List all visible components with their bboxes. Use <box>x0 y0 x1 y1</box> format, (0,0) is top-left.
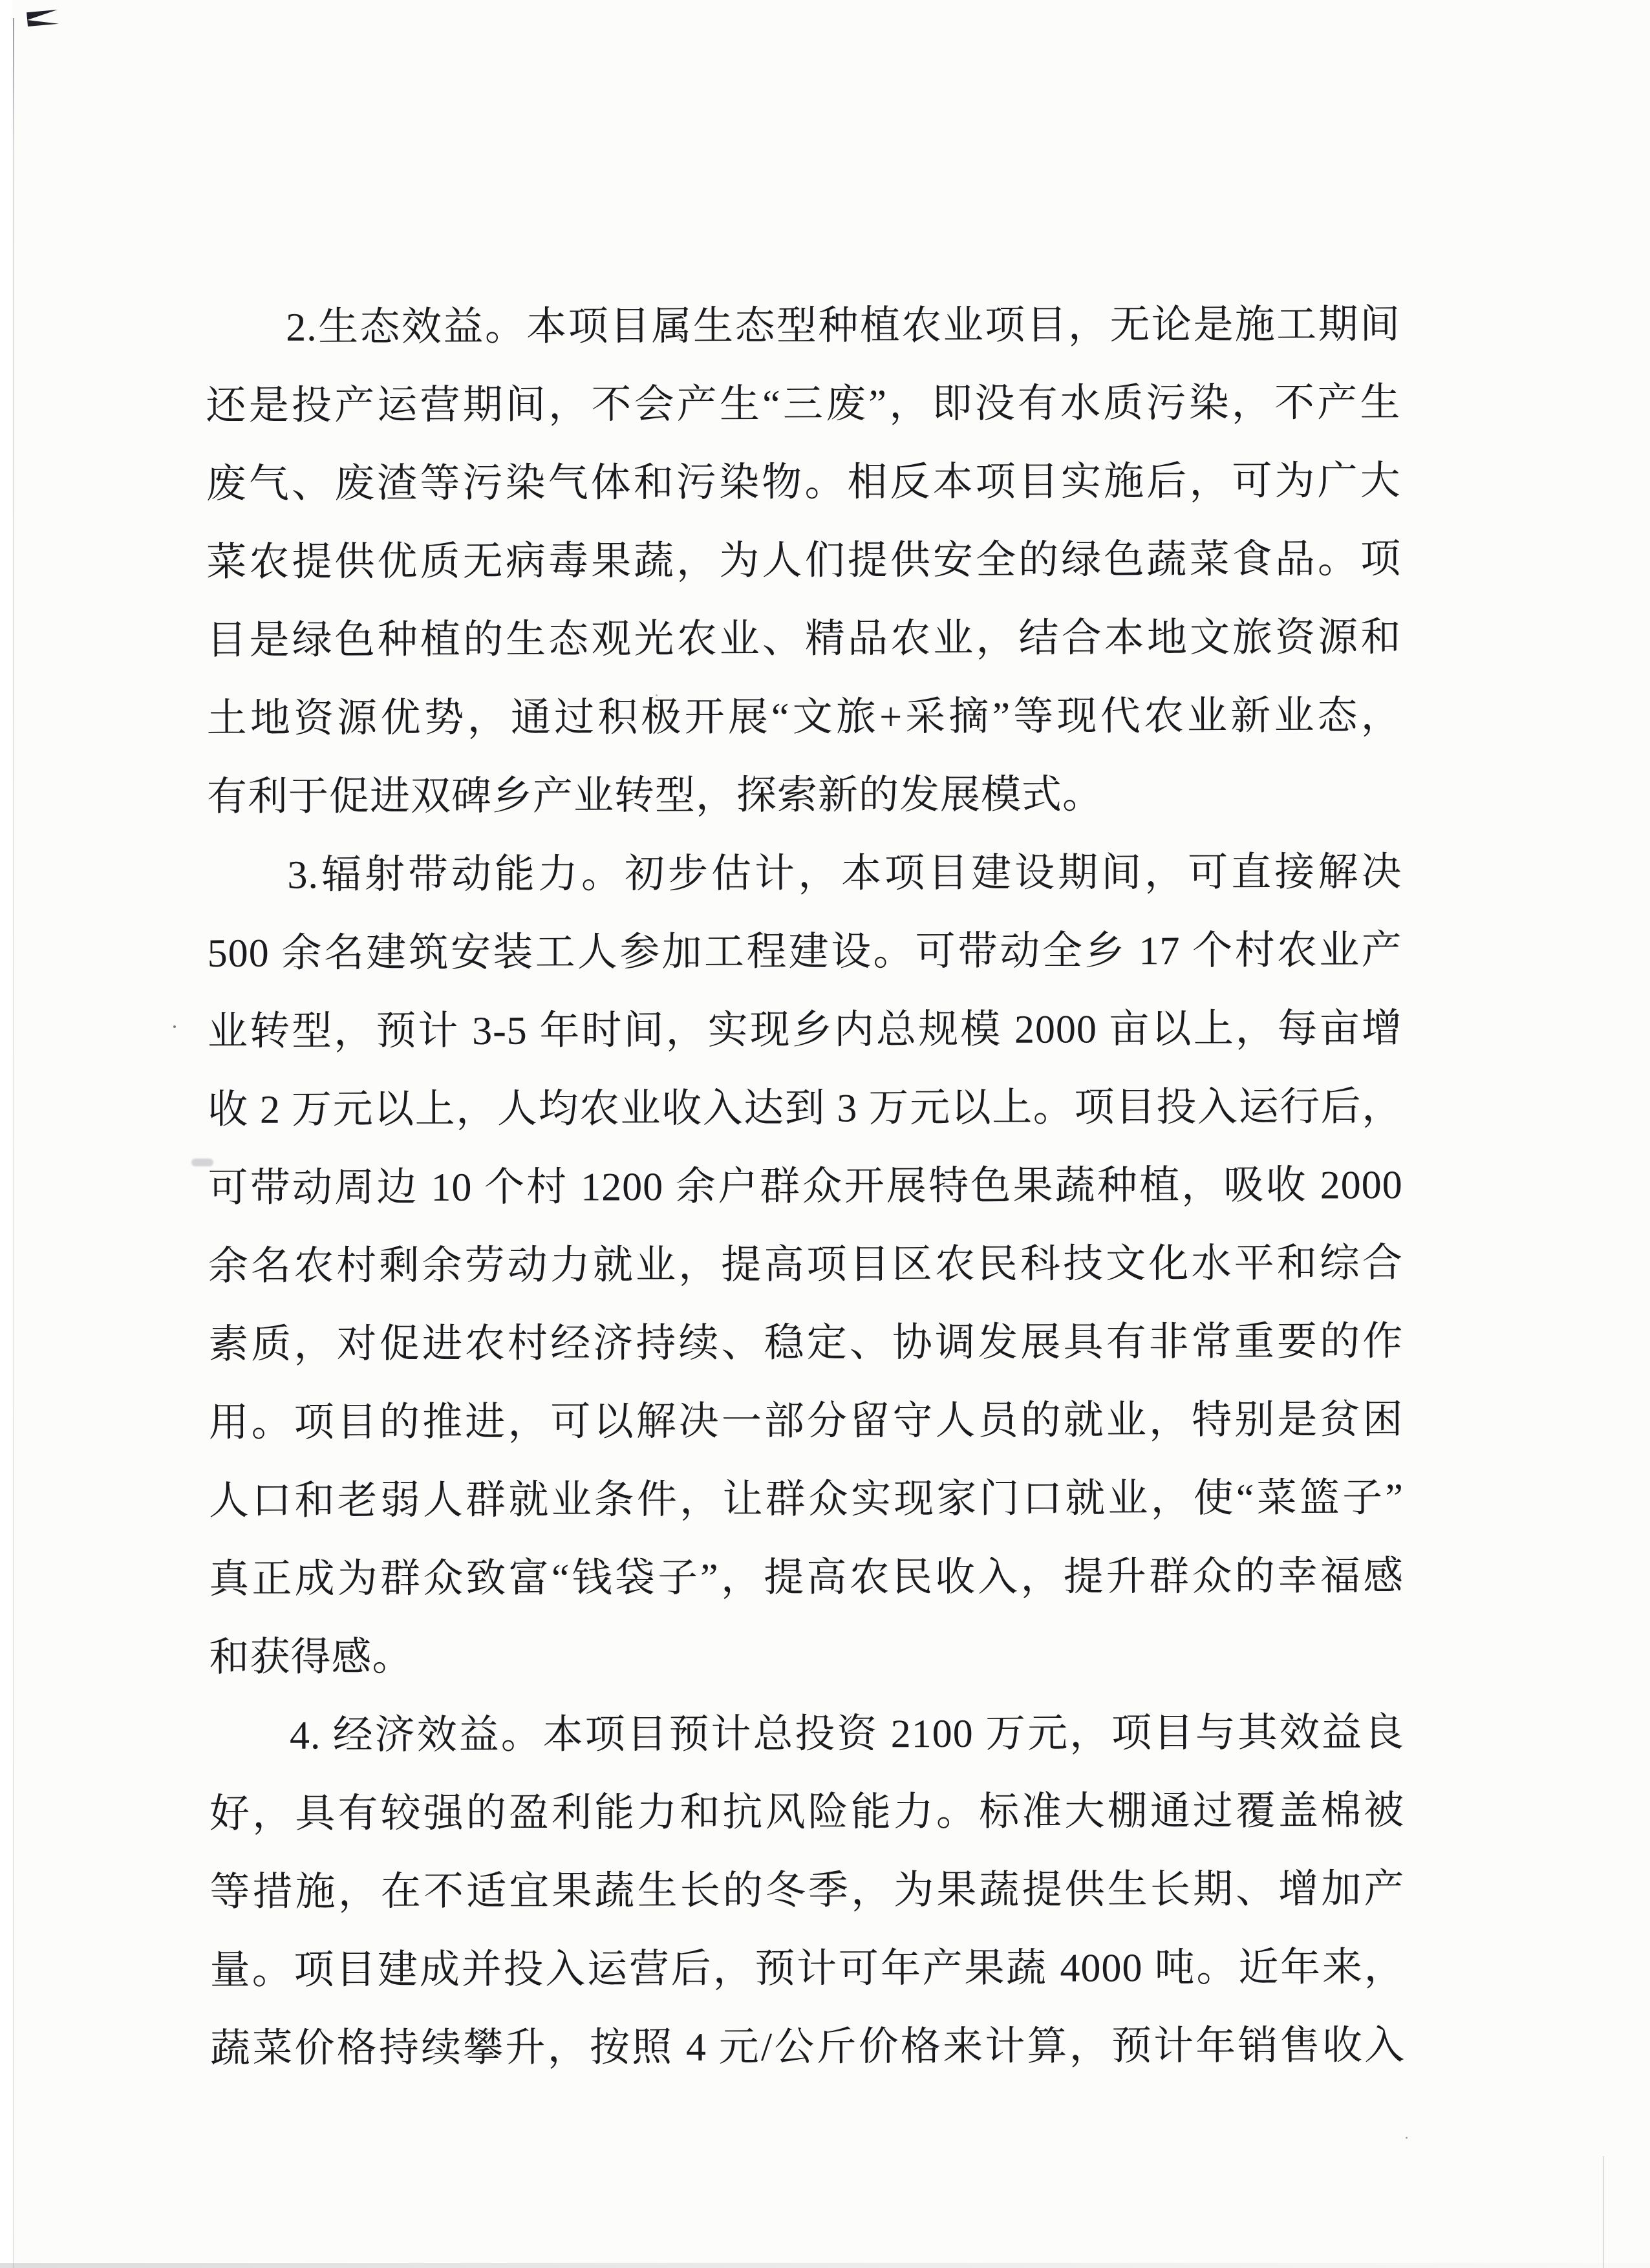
text-line-1: 2.生态效益。本项目属生态型种植农业项目，无论是施工期间 <box>206 286 1400 367</box>
text-line-16: 人口和老弱人群就业条件，让群众实现家门口就业，使“菜篮子” <box>209 1459 1404 1541</box>
text-line-4: 菜农提供优质无病毒果蔬，为人们提供安全的绿色蔬菜食品。项 <box>206 520 1401 602</box>
text-line-6: 土地资源优势，通过积极开展“文旅+采摘”等现代农业新业态， <box>207 677 1402 758</box>
text-line-10: 业转型，预计 3-5 年时间，实现乡内总规模 2000 亩以上，每亩增 <box>208 990 1402 1071</box>
text-line-12: 可带动周边 10 个村 1200 余户群众开展特色果蔬种植，吸收 2000 <box>208 1146 1402 1228</box>
text-line-15: 用。项目的推进，可以解决一部分留守人员的就业，特别是贫困 <box>208 1381 1403 1462</box>
text-line-18: 和获得感。 <box>209 1616 1404 1697</box>
paper-left-edge-shadow <box>13 18 14 2268</box>
text-line-20: 好，具有较强的盈利能力和抗风险能力。标准大棚通过覆盖棉被 <box>209 1772 1404 1854</box>
scan-left-margin <box>0 0 12 2268</box>
text-line-13: 余名农村剩余劳动力就业，提高项目区农民科技文化水平和综合 <box>208 1225 1403 1306</box>
document-body-text: 2.生态效益。本项目属生态型种植农业项目，无论是施工期间 还是投产运营期间，不会… <box>206 286 1405 2088</box>
text-line-5: 目是绿色种植的生态观光农业、精品农业，结合本地文旅资源和 <box>206 599 1401 680</box>
text-line-2: 还是投产运营期间，不会产生“三废”，即没有水质污染，不产生 <box>206 364 1400 445</box>
paper-crease <box>1603 2156 1604 2268</box>
text-line-9: 500 余名建筑安装工人参加工程建设。可带动全乡 17 个村农业产 <box>208 912 1402 993</box>
scanned-page: 2.生态效益。本项目属生态型种植农业项目，无论是施工期间 还是投产运营期间，不会… <box>0 0 1650 2268</box>
text-line-19: 4. 经济效益。本项目预计总投资 2100 万元，项目与其效益良 <box>209 1694 1404 1775</box>
scan-speck <box>173 1025 176 1028</box>
text-line-8: 3.辐射带动能力。初步估计，本项目建设期间，可直接解决 <box>207 833 1402 915</box>
scan-bottom-edge <box>0 2263 1650 2268</box>
text-line-23: 蔬菜价格持续攀升，按照 4 元/公斤价格来计算，预计年销售收入 <box>210 2007 1405 2088</box>
scan-speck <box>1406 2137 1408 2139</box>
text-line-3: 废气、废渣等污染气体和污染物。相反本项目实施后，可为广大 <box>206 442 1401 524</box>
text-line-14: 素质，对促进农村经济持续、稳定、协调发展具有非常重要的作 <box>208 1303 1403 1384</box>
text-line-21: 等措施，在不适宜果蔬生长的冬季，为果蔬提供生长期、增加产 <box>209 1850 1404 1932</box>
text-line-11: 收 2 万元以上，人均农业收入达到 3 万元以上。项目投入运行后， <box>208 1068 1402 1150</box>
text-line-22: 量。项目建成并投入运营后，预计可年产果蔬 4000 吨。近年来， <box>210 1929 1405 2010</box>
text-line-7: 有利于促进双碑乡产业转型，探索新的发展模式。 <box>207 755 1402 837</box>
corner-fold-mark <box>27 10 59 27</box>
text-line-17: 真正成为群众致富“钱袋子”，提高农民收入，提升群众的幸福感 <box>209 1537 1404 1619</box>
